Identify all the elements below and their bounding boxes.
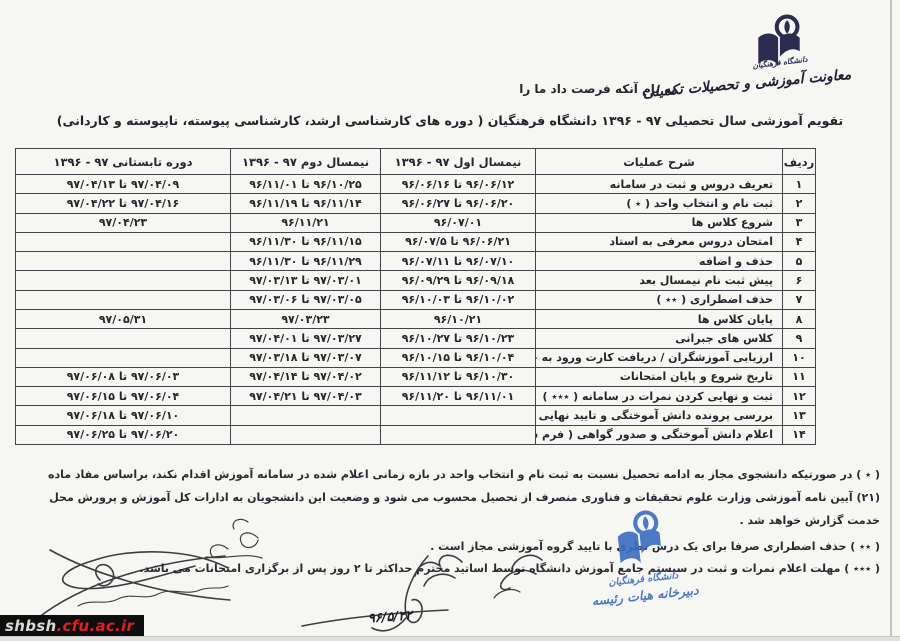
summer-dates	[16, 290, 231, 309]
sem1-dates: ۹۶/۰۷/۱۰ تا ۹۶/۰۷/۱۱	[381, 252, 536, 271]
sem2-dates: ۹۷/۰۳/۰۵ تا ۹۷/۰۳/۰۶	[231, 290, 381, 309]
col-header-desc: شرح عملیات	[536, 149, 783, 175]
row-number: ۱۴	[783, 425, 816, 444]
table-row: ۸ پایان کلاس ها ۹۶/۱۰/۲۱ ۹۷/۰۳/۲۳ ۹۷/۰۵/…	[16, 309, 816, 328]
table-row: ۲ ثبت نام و انتخاب واحد ( ٭ ) ۹۶/۰۶/۲۰ ت…	[16, 194, 816, 213]
sem2-dates: ۹۶/۱۰/۲۵ تا ۹۶/۱۱/۰۱	[231, 175, 381, 194]
row-number: ۱۲	[783, 387, 816, 406]
secretariat-stamp: دانشگاه فرهنگیان دبیرخانه هیات رئیسه	[569, 503, 714, 610]
row-number: ۱	[783, 175, 816, 194]
sem2-dates: ۹۶/۱۱/۲۹ تا ۹۶/۱۱/۳۰	[231, 252, 381, 271]
summer-dates: ۹۷/۰۴/۱۶ تا ۹۷/۰۴/۲۲	[16, 194, 231, 213]
table-row: ۳ شروع کلاس ها ۹۶/۰۷/۰۱ ۹۶/۱۱/۲۱ ۹۷/۰۴/۲…	[16, 213, 816, 232]
table-row: ۵ حذف و اضافه ۹۶/۰۷/۱۰ تا ۹۶/۰۷/۱۱ ۹۶/۱۱…	[16, 252, 816, 271]
summer-dates	[16, 329, 231, 348]
sem2-dates	[231, 406, 381, 425]
table-row: ۴ امتحان دروس معرفی به استاد ۹۶/۰۶/۲۱ تا…	[16, 232, 816, 251]
sem1-dates: ۹۶/۰۶/۲۰ تا ۹۶/۰۶/۲۷	[381, 194, 536, 213]
table-row: ۱۲ ثبت و نهایی کردن نمرات در سامانه ( ٭٭…	[16, 387, 816, 406]
table-row: ۱۳ بررسی پرونده دانش آموختگی و تایید نها…	[16, 406, 816, 425]
row-number: ۱۱	[783, 367, 816, 386]
operation-desc: اعلام دانش آموختگی و صدور گواهی ( فرم شم…	[536, 425, 783, 444]
footnote-3: ( ٭٭٭ ) مهلت اعلام نمرات و ثبت در سیستم …	[22, 557, 880, 580]
table-header-row: ردیف شرح عملیات نیمسال اول ۹۷ - ۱۳۹۶ نیم…	[16, 149, 816, 175]
operation-desc: کلاس های جبرانی	[536, 329, 783, 348]
row-number: ۲	[783, 194, 816, 213]
sem2-dates: ۹۶/۱۱/۲۱	[231, 213, 381, 232]
operation-desc: پیش ثبت نام نیمسال بعد	[536, 271, 783, 290]
sem2-dates: ۹۷/۰۴/۰۳ تا ۹۷/۰۴/۲۱	[231, 387, 381, 406]
sem1-dates: ۹۶/۱۰/۳۰ تا ۹۶/۱۱/۱۲	[381, 367, 536, 386]
row-number: ۱۰	[783, 348, 816, 367]
sem2-dates: ۹۶/۱۱/۱۵ تا ۹۶/۱۱/۳۰	[231, 232, 381, 251]
table-row: ۱ تعریف دروس و ثبت در سامانه ۹۶/۰۶/۱۲ تا…	[16, 175, 816, 194]
sem2-dates	[231, 425, 381, 444]
table-row: ۱۰ ارزیابی آموزشگران / دریافت کارت ورود …	[16, 348, 816, 367]
summer-dates: ۹۷/۰۴/۰۹ تا ۹۷/۰۴/۱۳	[16, 175, 231, 194]
row-number: ۶	[783, 271, 816, 290]
row-number: ۹	[783, 329, 816, 348]
operation-desc: امتحان دروس معرفی به استاد	[536, 232, 783, 251]
sem1-dates: ۹۶/۱۱/۰۱ تا ۹۶/۱۱/۲۰	[381, 387, 536, 406]
sem1-dates: ۹۶/۰۷/۰۱	[381, 213, 536, 232]
col-header-sem2: نیمسال دوم ۹۷ - ۱۳۹۶	[231, 149, 381, 175]
signature-right	[494, 590, 520, 598]
operation-desc: شروع کلاس ها	[536, 213, 783, 232]
sem1-dates	[381, 425, 536, 444]
row-number: ۸	[783, 309, 816, 328]
scan-edge-bottom	[0, 636, 900, 641]
table-row: ۶ پیش ثبت نام نیمسال بعد ۹۶/۰۹/۱۸ تا ۹۶/…	[16, 271, 816, 290]
sem2-dates: ۹۷/۰۳/۰۷ تا ۹۷/۰۳/۱۸	[231, 348, 381, 367]
row-number: ۳	[783, 213, 816, 232]
operation-desc: ثبت نام و انتخاب واحد ( ٭ )	[536, 194, 783, 213]
summer-dates	[16, 232, 231, 251]
table-row: ۱۱ تاریخ شروع و پایان امتحانات ۹۶/۱۰/۳۰ …	[16, 367, 816, 386]
sem1-dates: ۹۶/۰۹/۱۸ تا ۹۶/۰۹/۲۹	[381, 271, 536, 290]
sem1-dates: ۹۶/۱۰/۲۳ تا ۹۶/۱۰/۲۷	[381, 329, 536, 348]
sem1-dates: ۹۶/۱۰/۲۱	[381, 309, 536, 328]
operation-desc: پایان کلاس ها	[536, 309, 783, 328]
sem1-dates: ۹۶/۱۰/۰۴ تا ۹۶/۱۰/۱۵	[381, 348, 536, 367]
bismillah-line: به نام آنکه فرصت داد ما را	[505, 82, 690, 96]
col-header-summer: دوره تابستانی ۹۷ - ۱۳۹۶	[16, 149, 231, 175]
row-number: ۷	[783, 290, 816, 309]
handwritten-date: ۹۶/۵/۲۲	[342, 607, 439, 629]
row-number: ۱۳	[783, 406, 816, 425]
sem2-dates: ۹۷/۰۳/۲۷ تا ۹۷/۰۴/۰۱	[231, 329, 381, 348]
row-number: ۴	[783, 232, 816, 251]
sem2-dates: ۹۷/۰۳/۲۳	[231, 309, 381, 328]
summer-dates: ۹۷/۰۶/۱۰ تا ۹۷/۰۶/۱۸	[16, 406, 231, 425]
summer-dates	[16, 252, 231, 271]
sem1-dates: ۹۶/۱۰/۰۲ تا ۹۶/۱۰/۰۳	[381, 290, 536, 309]
operation-desc: تاریخ شروع و پایان امتحانات	[536, 367, 783, 386]
sem2-dates: ۹۷/۰۴/۰۲ تا ۹۷/۰۴/۱۴	[231, 367, 381, 386]
footnote-1: ( ٭ ) در صورتیکه دانشجوی مجاز به ادامه ت…	[22, 463, 880, 532]
summer-dates	[16, 348, 231, 367]
row-number: ۵	[783, 252, 816, 271]
summer-dates: ۹۷/۰۶/۲۰ تا ۹۷/۰۶/۲۵	[16, 425, 231, 444]
watermark-suffix: .cfu.ac.ir	[56, 617, 134, 635]
sem1-dates	[381, 406, 536, 425]
sem2-dates: ۹۶/۱۱/۱۴ تا ۹۶/۱۱/۱۹	[231, 194, 381, 213]
summer-dates: ۹۷/۰۶/۰۴ تا ۹۷/۰۶/۱۵	[16, 387, 231, 406]
operation-desc: تعریف دروس و ثبت در سامانه	[536, 175, 783, 194]
site-watermark: shbsh.cfu.ac.ir	[0, 615, 144, 636]
stamp-logo-icon	[607, 507, 671, 575]
signature-left-note	[78, 586, 228, 606]
table-row: ۱۴ اعلام دانش آموختگی و صدور گواهی ( فرم…	[16, 425, 816, 444]
operation-desc: ثبت و نهایی کردن نمرات در سامانه ( ٭٭٭ )	[536, 387, 783, 406]
summer-dates: ۹۷/۰۴/۲۳	[16, 213, 231, 232]
summer-dates	[16, 271, 231, 290]
watermark-prefix: shbsh	[5, 617, 56, 635]
operation-desc: ارزیابی آموزشگران / دریافت کارت ورود به …	[536, 348, 783, 367]
calendar-table: ردیف شرح عملیات نیمسال اول ۹۷ - ۱۳۹۶ نیم…	[15, 148, 815, 445]
sem1-dates: ۹۶/۰۶/۲۱ تا ۹۶/۰۷/۵	[381, 232, 536, 251]
footnote-2: ( ٭٭ ) حذف اضطراری صرفا برای یک درس نظری…	[22, 535, 880, 558]
operation-desc: حذف اضطراری ( ٭٭ )	[536, 290, 783, 309]
table-row: ۷ حذف اضطراری ( ٭٭ ) ۹۶/۱۰/۰۲ تا ۹۶/۱۰/۰…	[16, 290, 816, 309]
operation-desc: بررسی پرونده دانش آموختگی و تایید نهایی	[536, 406, 783, 425]
scan-edge-right	[890, 0, 892, 641]
operation-desc: حذف و اضافه	[536, 252, 783, 271]
summer-dates: ۹۷/۰۵/۳۱	[16, 309, 231, 328]
table-row: ۹ کلاس های جبرانی ۹۶/۱۰/۲۳ تا ۹۶/۱۰/۲۷ ۹…	[16, 329, 816, 348]
col-header-row-no: ردیف	[783, 149, 816, 175]
sem2-dates: ۹۷/۰۳/۰۱ تا ۹۷/۰۳/۱۳	[231, 271, 381, 290]
summer-dates: ۹۷/۰۶/۰۳ تا ۹۷/۰۶/۰۸	[16, 367, 231, 386]
col-header-sem1: نیمسال اول ۹۷ - ۱۳۹۶	[381, 149, 536, 175]
footnotes-block: ( ٭ ) در صورتیکه دانشجوی مجاز به ادامه ت…	[22, 463, 880, 580]
page-title: تقویم آموزشی سال تحصیلی ۹۷ - ۱۳۹۶ دانشگا…	[20, 113, 880, 128]
sem1-dates: ۹۶/۰۶/۱۲ تا ۹۶/۰۶/۱۶	[381, 175, 536, 194]
